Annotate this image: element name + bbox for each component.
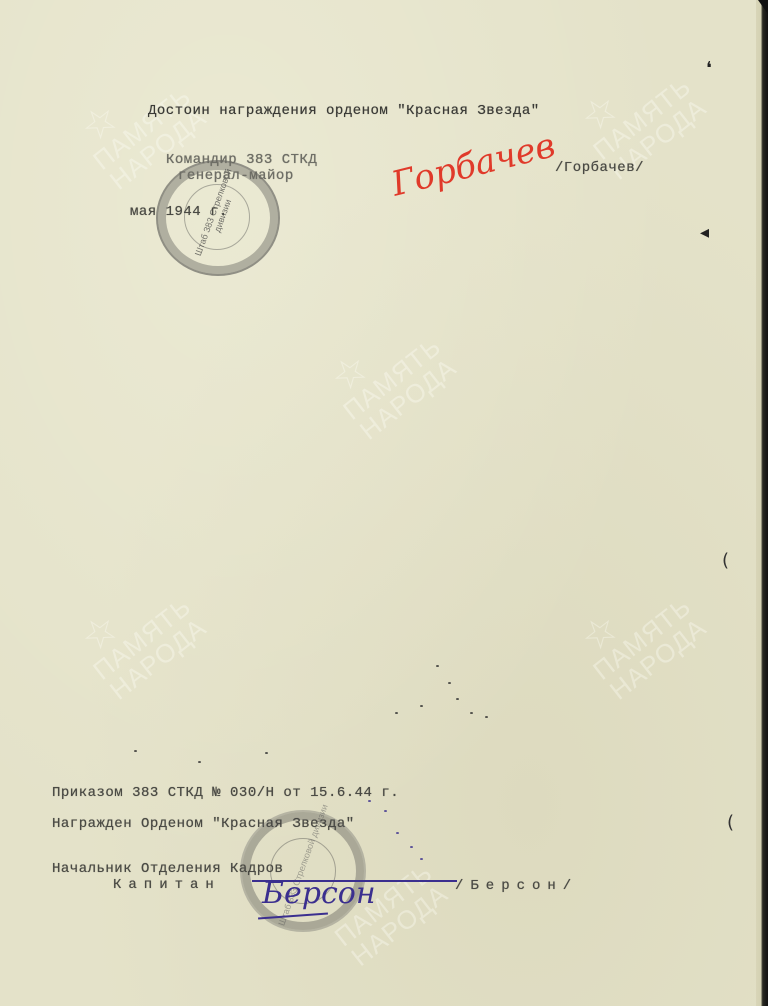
punch-hole-mark: ( <box>722 550 729 571</box>
punch-hole-mark: ◂ <box>700 222 709 243</box>
ink-speck <box>485 716 488 718</box>
punch-hole-mark: ❛ <box>706 58 712 79</box>
ink-speck <box>420 858 423 860</box>
ink-speck <box>470 712 473 714</box>
position-line2: Капитан <box>113 877 221 893</box>
order-line: Приказом 383 СТКД № 030/Н от 15.6.44 г. <box>52 785 399 801</box>
officer-signature: Берсон <box>262 876 376 911</box>
ink-speck <box>410 846 413 848</box>
page-edge <box>756 0 768 1006</box>
ink-speck <box>456 698 459 700</box>
page-corner <box>758 0 768 14</box>
ink-speck <box>420 705 423 707</box>
ink-speck <box>384 810 387 812</box>
ink-speck <box>198 761 201 763</box>
ink-speck <box>134 750 137 752</box>
document-page <box>0 0 756 1006</box>
ink-speck <box>448 682 451 684</box>
officer-name: /Берсон/ <box>455 878 578 894</box>
punch-hole-mark: ( <box>727 812 734 833</box>
ink-speck <box>396 832 399 834</box>
ink-speck <box>368 800 371 802</box>
top-date: мая 1944 г. <box>130 204 228 220</box>
commander-rank: генерал-майор <box>178 168 294 184</box>
recommendation-text: Достоин награждения орденом "Красная Зве… <box>148 103 540 119</box>
ink-speck <box>265 752 268 754</box>
commander-title: Командир 383 СТКД <box>166 152 317 168</box>
ink-speck <box>395 712 398 714</box>
position-line1: Начальник Отделения Кадров <box>52 861 283 877</box>
ink-speck <box>436 665 439 667</box>
commander-name: /Горбачев/ <box>555 160 644 176</box>
